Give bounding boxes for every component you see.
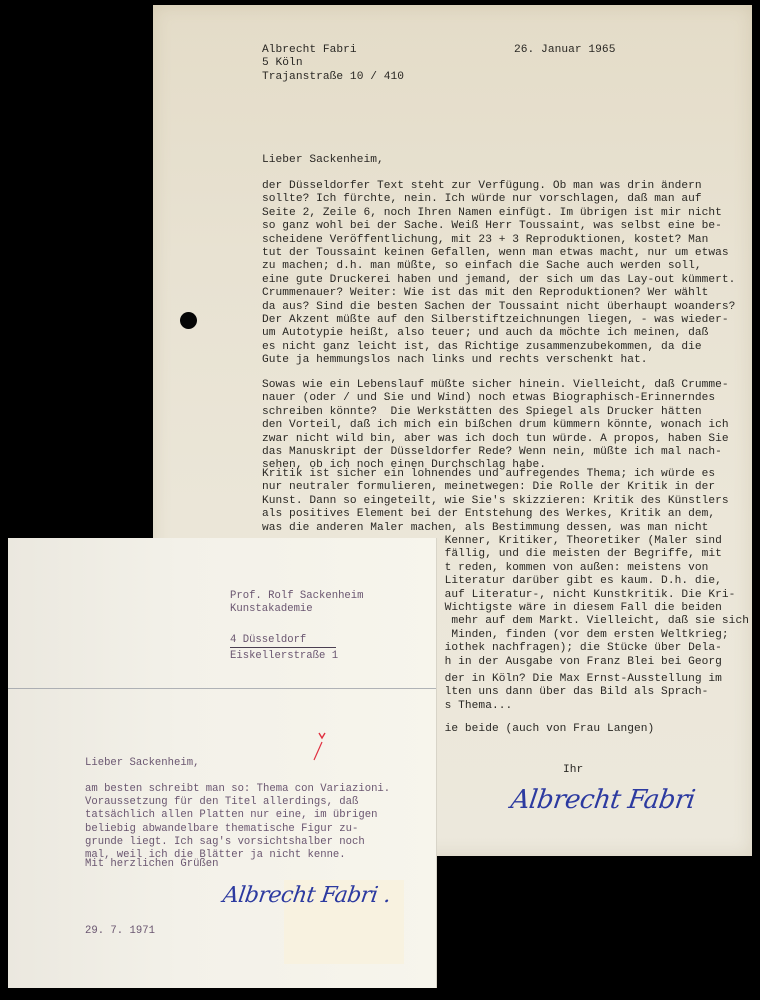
text-line: Voraussetzung für den Titel allerdings, …	[85, 796, 390, 809]
red-check-mark-icon	[308, 730, 348, 780]
recipient-city: 4 Düsseldorf	[230, 634, 336, 648]
text-line: scheidene Veröffentlichung, mit 23 + 3 R…	[262, 234, 735, 247]
text-line: Kritik ist sicher ein lohnendes und aufr…	[262, 468, 749, 481]
text-line: beliebig abwandelbare thematische Figur …	[85, 823, 390, 836]
sender-name: Albrecht Fabri	[262, 44, 404, 57]
text-line: zwar nicht wild bin, aber was ich doch t…	[262, 433, 729, 446]
sender-city: 5 Köln	[262, 57, 404, 70]
recipient-institution: Kunstakademie	[230, 603, 364, 616]
text-line: was die anderen Maler machen, als Bestim…	[262, 522, 749, 535]
text-line: Kunst. Dann so eingeteilt, wie Sie's ski…	[262, 495, 749, 508]
text-line: den Vorteil, daß ich mich ein bißchen dr…	[262, 419, 729, 432]
card-date: 29. 7. 1971	[85, 925, 155, 938]
letter-closing: Ihr	[563, 764, 583, 777]
text-line: sollte? Ich fürchte, nein. Ich würde nur…	[262, 193, 735, 206]
recipient-name: Prof. Rolf Sackenheim	[230, 590, 364, 603]
recipient-street: Eiskellerstraße 1	[230, 650, 338, 662]
punch-hole	[180, 312, 197, 329]
recipient-address: Prof. Rolf SackenheimKunstakademie	[230, 590, 364, 616]
letter-paragraph-2: Sowas wie ein Lebenslauf müßte sicher hi…	[262, 379, 729, 473]
card-signature: Albrecht Fabri .	[221, 883, 392, 908]
card-salutation: Lieber Sackenheim,	[85, 757, 199, 770]
text-line: als positives Element bei der Entstehung…	[262, 508, 749, 521]
text-line: tatsächlich allen Platten nur eine, im ü…	[85, 809, 390, 822]
text-line: nauer (oder / und Sie und Wind) noch etw…	[262, 392, 729, 405]
letter-paragraph-1: der Düsseldorfer Text steht zur Verfügun…	[262, 180, 735, 368]
text-line: der Düsseldorfer Text steht zur Verfügun…	[262, 180, 735, 193]
card-body: am besten schreibt man so: Thema con Var…	[85, 783, 390, 862]
text-line: da aus? Sind die besten Sachen der Touss…	[262, 301, 735, 314]
text-line: zu machen; d.h. man müßte, so einfach di…	[262, 260, 735, 273]
text-line: um Autotypie heißt, also teuer; und auch…	[262, 327, 735, 340]
card-fold-line	[8, 688, 436, 689]
text-line: Seite 2, Zeile 6, noch Ihren Namen einfü…	[262, 207, 735, 220]
card-closing: Mit herzlichen Grüßen	[85, 858, 219, 871]
text-line: es nicht ganz leicht ist, das Richtige z…	[262, 341, 735, 354]
text-line: das Manuskript der Düsseldorfer Rede? We…	[262, 446, 729, 459]
note-card: Prof. Rolf SackenheimKunstakademie 4 Düs…	[8, 538, 436, 988]
text-line: nur neutraler formulieren, meinetwegen: …	[262, 481, 749, 494]
text-line: eine gute Druckerei haben und jemand, de…	[262, 274, 735, 287]
text-line: grunde liegt. Ich sag's vorsichtshalber …	[85, 836, 390, 849]
text-line: Crummenauer? Weiter: Wie ist das mit den…	[262, 287, 735, 300]
letter-date: 26. Januar 1965	[514, 44, 615, 57]
letter-salutation: Lieber Sackenheim,	[262, 154, 384, 167]
text-line: am besten schreibt man so: Thema con Var…	[85, 783, 390, 796]
text-line: so ganz wohl bei der Sache. Weiß Herr To…	[262, 220, 735, 233]
text-line: schreiben könnte? Die Werkstätten des Sp…	[262, 406, 729, 419]
text-line: Gute ja hemmungslos nach links und recht…	[262, 354, 735, 367]
text-line: Der Akzent müßte auf den Silberstiftzeic…	[262, 314, 735, 327]
sender-street: Trajanstraße 10 / 410	[262, 71, 404, 84]
letter-signature: Albrecht Fabri	[509, 785, 697, 815]
sender-address: Albrecht Fabri5 KölnTrajanstraße 10 / 41…	[262, 44, 404, 84]
text-line: tut der Toussaint keinen Gefallen, wenn …	[262, 247, 735, 260]
text-line: Sowas wie ein Lebenslauf müßte sicher hi…	[262, 379, 729, 392]
